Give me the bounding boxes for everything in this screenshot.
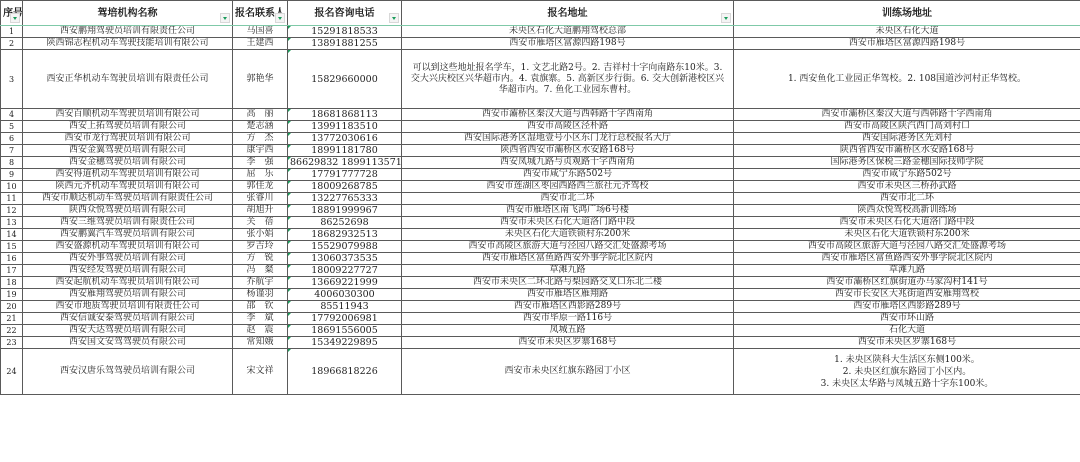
cell-phone[interactable]: 13227765333 xyxy=(288,193,402,205)
cell-training-address[interactable]: 西安市雁塔区富鱼路西安外事学院北区院内 xyxy=(734,253,1080,265)
cell-school-name[interactable]: 西安外事驾驶员培训有限公司 xyxy=(23,253,233,265)
cell-phone[interactable]: 13991183510 xyxy=(288,121,402,133)
cell-phone[interactable]: 13772030616 xyxy=(288,133,402,145)
cell-training-address[interactable]: 国际港务区保税三路金穗国际技师学院 xyxy=(734,157,1080,169)
cell-no[interactable]: 23 xyxy=(1,337,23,349)
table-row[interactable]: 19西安雁翔驾驶员培训有限公司杨谨羽4006030300西安市雁塔区雁翔路西安市… xyxy=(1,289,1080,301)
cell-phone[interactable]: 17792006981 xyxy=(288,313,402,325)
cell-signup-address[interactable]: 凤城五路 xyxy=(402,325,734,337)
training-address-line: 3. 未央区太华路与凤城五路十字东100米。 xyxy=(736,378,1078,390)
cell-phone[interactable]: 18991181780 xyxy=(288,145,402,157)
cell-training-address[interactable]: 未央区石化大道铁锁村东200米 xyxy=(734,229,1080,241)
cell-school-name[interactable]: 西安金穗驾驶员培训有限公司 xyxy=(23,157,233,169)
cell-contact[interactable]: 康宇西 xyxy=(233,145,288,157)
cell-training-address[interactable]: 未央区石化大道 xyxy=(734,26,1080,38)
cell-contact[interactable]: 王建西 xyxy=(233,38,288,50)
cell-signup-address[interactable]: 西安市高陵区泾朴路 xyxy=(402,121,734,133)
cell-phone[interactable]: 4006030300 xyxy=(288,289,402,301)
driving-school-table: 序号 驾培机构名称 报名联系人 报名咨询电话 报名地址 训练场地址 1西安鹏翔驾… xyxy=(0,0,1080,395)
cell-training-address[interactable]: 石化大道 xyxy=(734,325,1080,337)
table-row[interactable]: 2陕西锦志程机动车驾驶技能培训有限公司王建西13891881255西安市雁塔区富… xyxy=(1,38,1080,50)
cell-contact[interactable]: 张睿川 xyxy=(233,193,288,205)
cell-no[interactable]: 16 xyxy=(1,253,23,265)
cell-phone[interactable]: 13669221999 xyxy=(288,277,402,289)
cell-contact[interactable]: 胡旭升 xyxy=(233,205,288,217)
cell-no[interactable]: 18 xyxy=(1,277,23,289)
cell-training-address[interactable]: 西安市高陵区陕汽西门高刘村口 xyxy=(734,121,1080,133)
table-row[interactable]: 22西安天达驾驶员培训有限公司赵 震18691556005凤城五路石化大道 xyxy=(1,325,1080,337)
cell-phone[interactable]: 15349229895 xyxy=(288,337,402,349)
cell-training-address[interactable]: 陕西众悦驾校高新训练场 xyxy=(734,205,1080,217)
table-row[interactable]: 17西安经发驾驶员培训有限公司冯 粲18009227727草滩九路草滩九路 xyxy=(1,265,1080,277)
table-row[interactable]: 10陕西元齐机动车驾驶员培训有限公司郭佳龙18009268785西安市莲湖区枣园… xyxy=(1,181,1080,193)
cell-training-address[interactable]: 1. 西安鱼化工业园正华驾校。2. 108国道沙河村正华驾校。 xyxy=(734,50,1080,109)
table-row[interactable]: 11西安市顺达机动车驾驶员培训有限责任公司张睿川13227765333西安市北二… xyxy=(1,193,1080,205)
cell-contact[interactable]: 方 锐 xyxy=(233,253,288,265)
cell-school-name[interactable]: 陕西锦志程机动车驾驶技能培训有限公司 xyxy=(23,38,233,50)
cell-no[interactable]: 6 xyxy=(1,133,23,145)
header-phone: 报名咨询电话 xyxy=(288,1,402,26)
cell-signup-address[interactable]: 西安市雁塔区南飞鸿广场6号楼 xyxy=(402,205,734,217)
cell-training-address[interactable]: 西安市灞桥区红旗街道办马家沟村141号 xyxy=(734,277,1080,289)
cell-training-address[interactable]: 1. 未央区陕科大生活区东侧100米。2. 未央区红旗东路园丁小区内。3. 未央… xyxy=(734,349,1080,395)
filter-dropdown-icon[interactable] xyxy=(389,13,399,23)
cell-training-address[interactable]: 西安市咸宁东路502号 xyxy=(734,169,1080,181)
cell-school-name[interactable]: 西安得道机动车驾驶员培训有限公司 xyxy=(23,169,233,181)
table-row[interactable]: 4西安百顺机动车驾驶员培训有限公司高 丽18681868113西安市灞桥区秦汉大… xyxy=(1,109,1080,121)
table-row[interactable]: 9西安得道机动车驾驶员培训有限公司屈 乐17791777728西安市咸宁东路50… xyxy=(1,169,1080,181)
header-label: 训练场地址 xyxy=(882,8,932,19)
cell-school-name[interactable]: 西安经发驾驶员培训有限公司 xyxy=(23,265,233,277)
header-label: 驾培机构名称 xyxy=(98,8,158,19)
cell-signup-address[interactable]: 西安凤城九路与贞观路十字西南角 xyxy=(402,157,734,169)
filter-dropdown-icon[interactable] xyxy=(220,13,230,23)
cell-training-address[interactable]: 西安市雁塔区富源四路198号 xyxy=(734,38,1080,50)
cell-phone[interactable]: 86252698 xyxy=(288,217,402,229)
training-address-line: 2. 未央区红旗东路园丁小区内。 xyxy=(736,366,1078,378)
cell-signup-address[interactable]: 未央区石化大道铁锁村东200米 xyxy=(402,229,734,241)
cell-training-address[interactable]: 西安市未央区罗寨168号 xyxy=(734,337,1080,349)
cell-no[interactable]: 11 xyxy=(1,193,23,205)
cell-phone[interactable]: 18966818226 xyxy=(288,349,402,395)
table-row[interactable]: 20西安市地质驾驶员培训有限责任公司邵 钦85511943西安市雁塔区西影路28… xyxy=(1,301,1080,313)
cell-signup-address[interactable]: 西安市雁塔区雁翔路 xyxy=(402,289,734,301)
cell-phone[interactable]: 18009268785 xyxy=(288,181,402,193)
cell-phone[interactable]: 13891881255 xyxy=(288,38,402,50)
cell-no[interactable]: 1 xyxy=(1,26,23,38)
cell-signup-address[interactable]: 陕西省西安市灞桥区水安路168号 xyxy=(402,145,734,157)
cell-phone[interactable]: 86629832 18991135713 xyxy=(288,157,402,169)
cell-school-name[interactable]: 西安市地质驾驶员培训有限责任公司 xyxy=(23,301,233,313)
header-name: 驾培机构名称 xyxy=(23,1,233,26)
filter-dropdown-icon[interactable] xyxy=(10,13,20,23)
cell-no[interactable]: 20 xyxy=(1,301,23,313)
table-row[interactable]: 1西安鹏翔驾驶员培训有限责任公司马国喜15291818533未央区石化大道鹏翔驾… xyxy=(1,26,1080,38)
cell-training-address[interactable]: 西安市未央区三桥孙武路 xyxy=(734,181,1080,193)
header-label: 报名地址 xyxy=(548,8,588,19)
cell-school-name[interactable]: 西安市顺达机动车驾驶员培训有限责任公司 xyxy=(23,193,233,205)
cell-phone[interactable]: 15829660000 xyxy=(288,50,402,109)
table-row[interactable]: 5西安上拓驾驶员培训有限公司楚志涵13991183510西安市高陵区泾朴路西安市… xyxy=(1,121,1080,133)
cell-no[interactable]: 4 xyxy=(1,109,23,121)
cell-phone[interactable]: 18891999967 xyxy=(288,205,402,217)
cell-signup-address[interactable]: 西安市雁塔区富鱼路西安外事学院北区院内 xyxy=(402,253,734,265)
cell-school-name[interactable]: 西安起航机动车驾驶员培训有限公司 xyxy=(23,277,233,289)
cell-school-name[interactable]: 陕西众悦驾驶员培训有限公司 xyxy=(23,205,233,217)
cell-training-address[interactable]: 西安市北二环 xyxy=(734,193,1080,205)
cell-contact[interactable]: 郭佳龙 xyxy=(233,181,288,193)
cell-contact[interactable]: 李 斌 xyxy=(233,313,288,325)
cell-school-name[interactable]: 西安金翼驾驶员培训有限公司 xyxy=(23,145,233,157)
cell-school-name[interactable]: 西安国文安驾驾驶员有限公司 xyxy=(23,337,233,349)
table-row[interactable]: 13西安三维驾驶员培训有限责任公司关 蓓86252698西安市未央区石化大道洛门… xyxy=(1,217,1080,229)
cell-school-name[interactable]: 西安上拓驾驶员培训有限公司 xyxy=(23,121,233,133)
training-address-line: 1. 未央区陕科大生活区东侧100米。 xyxy=(736,354,1078,366)
header-row: 序号 驾培机构名称 报名联系人 报名咨询电话 报名地址 训练场地址 xyxy=(1,1,1080,26)
cell-signup-address[interactable]: 西安市未央区二环北路与梨园路交叉口东北二楼 xyxy=(402,277,734,289)
table-row[interactable]: 6西安市龙行驾驶员培训有限公司方 杰13772030616西安国际港务区湿地壹号… xyxy=(1,133,1080,145)
cell-school-name[interactable]: 西安正华机动车驾驶员培训有限责任公司 xyxy=(23,50,233,109)
cell-school-name[interactable]: 陕西元齐机动车驾驶员培训有限公司 xyxy=(23,181,233,193)
cell-phone[interactable]: 18009227727 xyxy=(288,265,402,277)
cell-training-address[interactable]: 西安市环山路 xyxy=(734,313,1080,325)
table-row[interactable]: 18西安起航机动车驾驶员培训有限公司乔航宇13669221999西安市未央区二环… xyxy=(1,277,1080,289)
cell-contact[interactable]: 邵 钦 xyxy=(233,301,288,313)
cell-signup-address[interactable]: 西安市未央区罗寨168号 xyxy=(402,337,734,349)
cell-contact[interactable]: 罗吉玲 xyxy=(233,241,288,253)
cell-school-name[interactable]: 西安汉唐乐驾驾驶员培训有限公司 xyxy=(23,349,233,395)
cell-school-name[interactable]: 西安鹏翔驾驶员培训有限责任公司 xyxy=(23,26,233,38)
cell-phone[interactable]: 18681868113 xyxy=(288,109,402,121)
header-no: 序号 xyxy=(1,1,23,26)
cell-no[interactable]: 12 xyxy=(1,205,23,217)
cell-signup-address[interactable]: 西安市未央区石化大道洛门路中段 xyxy=(402,217,734,229)
cell-signup-address[interactable]: 西安市北二环 xyxy=(402,193,734,205)
cell-school-name[interactable]: 西安三维驾驶员培训有限责任公司 xyxy=(23,217,233,229)
table-row[interactable]: 12陕西众悦驾驶员培训有限公司胡旭升18891999967西安市雁塔区南飞鸿广场… xyxy=(1,205,1080,217)
cell-contact[interactable]: 马国喜 xyxy=(233,26,288,38)
cell-phone[interactable]: 15529079988 xyxy=(288,241,402,253)
cell-contact[interactable]: 屈 乐 xyxy=(233,169,288,181)
cell-training-address[interactable]: 西安市雁塔区西影路289号 xyxy=(734,301,1080,313)
cell-contact[interactable]: 赵 震 xyxy=(233,325,288,337)
cell-no[interactable]: 10 xyxy=(1,181,23,193)
cell-no[interactable]: 19 xyxy=(1,289,23,301)
cell-training-address[interactable]: 陕西省西安市灞桥区水安路168号 xyxy=(734,145,1080,157)
cell-contact[interactable]: 高 丽 xyxy=(233,109,288,121)
cell-signup-address[interactable]: 西安国际港务区湿地壹号小区东门龙行总校报名大厅 xyxy=(402,133,734,145)
cell-training-address[interactable]: 西安市长安区大兆街道西安雁翔驾校 xyxy=(734,289,1080,301)
cell-no[interactable]: 13 xyxy=(1,217,23,229)
header-training-address: 训练场地址 xyxy=(734,1,1080,26)
cell-school-name[interactable]: 西安雁翔驾驶员培训有限公司 xyxy=(23,289,233,301)
cell-contact[interactable]: 宋文祥 xyxy=(233,349,288,395)
cell-phone[interactable]: 85511943 xyxy=(288,301,402,313)
filter-dropdown-icon[interactable] xyxy=(721,13,731,23)
cell-contact[interactable]: 张小娟 xyxy=(233,229,288,241)
table-row[interactable]: 15西安盛源机动车驾驶员培训有限公司罗吉玲15529079988西安市高陵区旅游… xyxy=(1,241,1080,253)
table-row[interactable]: 7西安金翼驾驶员培训有限公司康宇西18991181780陕西省西安市灞桥区水安路… xyxy=(1,145,1080,157)
cell-school-name[interactable]: 西安市龙行驾驶员培训有限公司 xyxy=(23,133,233,145)
cell-contact[interactable]: 关 蓓 xyxy=(233,217,288,229)
cell-contact[interactable]: 杨谨羽 xyxy=(233,289,288,301)
cell-school-name[interactable]: 西安百顺机动车驾驶员培训有限公司 xyxy=(23,109,233,121)
filter-dropdown-icon[interactable] xyxy=(275,13,285,23)
cell-signup-address[interactable]: 西安市莲湖区枣园西路西兰旅社元齐驾校 xyxy=(402,181,734,193)
cell-contact[interactable]: 郭艳华 xyxy=(233,50,288,109)
cell-signup-address[interactable]: 草滩九路 xyxy=(402,265,734,277)
cell-contact[interactable]: 方 杰 xyxy=(233,133,288,145)
cell-no[interactable]: 3 xyxy=(1,50,23,109)
table-row[interactable]: 16西安外事驾驶员培训有限公司方 锐13060373535西安市雁塔区富鱼路西安… xyxy=(1,253,1080,265)
cell-school-name[interactable]: 西安信诚安泰驾驶员培训有限公司 xyxy=(23,313,233,325)
table-body: 1西安鹏翔驾驶员培训有限责任公司马国喜15291818533未央区石化大道鹏翔驾… xyxy=(1,26,1080,395)
cell-signup-address[interactable]: 未央区石化大道鹏翔驾校总部 xyxy=(402,26,734,38)
cell-no[interactable]: 21 xyxy=(1,313,23,325)
cell-signup-address[interactable]: 西安市未央区红旗东路园丁小区 xyxy=(402,349,734,395)
cell-phone[interactable]: 17791777728 xyxy=(288,169,402,181)
cell-signup-address[interactable]: 西安市雁塔区西影路289号 xyxy=(402,301,734,313)
table-row[interactable]: 8西安金穗驾驶员培训有限公司李 强86629832 18991135713西安凤… xyxy=(1,157,1080,169)
cell-phone[interactable]: 18682932513 xyxy=(288,229,402,241)
cell-contact[interactable]: 乔航宇 xyxy=(233,277,288,289)
cell-contact[interactable]: 冯 粲 xyxy=(233,265,288,277)
cell-phone[interactable]: 13060373535 xyxy=(288,253,402,265)
cell-no[interactable]: 7 xyxy=(1,145,23,157)
cell-training-address[interactable]: 西安市高陵区旅游大道与泾园八路交汇处盛源考场 xyxy=(734,241,1080,253)
table-row[interactable]: 3西安正华机动车驾驶员培训有限责任公司郭艳华15829660000可以到这些地址… xyxy=(1,50,1080,109)
cell-contact[interactable]: 李 强 xyxy=(233,157,288,169)
cell-phone[interactable]: 18691556005 xyxy=(288,325,402,337)
table-row[interactable]: 23西安国文安驾驾驶员有限公司常知娥15349229895西安市未央区罗寨168… xyxy=(1,337,1080,349)
cell-no[interactable]: 15 xyxy=(1,241,23,253)
cell-no[interactable]: 9 xyxy=(1,169,23,181)
table-row[interactable]: 14西安鹏翼汽车驾驶员培训有限公司张小娟18682932513未央区石化大道铁锁… xyxy=(1,229,1080,241)
cell-contact[interactable]: 楚志涵 xyxy=(233,121,288,133)
cell-no[interactable]: 2 xyxy=(1,38,23,50)
cell-no[interactable]: 5 xyxy=(1,121,23,133)
cell-school-name[interactable]: 西安鹏翼汽车驾驶员培训有限公司 xyxy=(23,229,233,241)
header-signup-address: 报名地址 xyxy=(402,1,734,26)
cell-school-name[interactable]: 西安天达驾驶员培训有限公司 xyxy=(23,325,233,337)
cell-signup-address[interactable]: 西安市灞桥区秦汉大道与西韩路十字西南角 xyxy=(402,109,734,121)
header-contact: 报名联系人 xyxy=(233,1,288,26)
cell-training-address[interactable]: 西安市未央区石化大道洛门路中段 xyxy=(734,217,1080,229)
cell-no[interactable]: 17 xyxy=(1,265,23,277)
cell-no[interactable]: 22 xyxy=(1,325,23,337)
cell-signup-address[interactable]: 西安市毕原一路116号 xyxy=(402,313,734,325)
table-row[interactable]: 21西安信诚安泰驾驶员培训有限公司李 斌17792006981西安市毕原一路11… xyxy=(1,313,1080,325)
cell-signup-address[interactable]: 西安市雁塔区富源四路198号 xyxy=(402,38,734,50)
cell-school-name[interactable]: 西安盛源机动车驾驶员培训有限公司 xyxy=(23,241,233,253)
header-label: 报名咨询电话 xyxy=(315,8,375,19)
cell-no[interactable]: 24 xyxy=(1,349,23,395)
table-row[interactable]: 24西安汉唐乐驾驾驶员培训有限公司宋文祥18966818226西安市未央区红旗东… xyxy=(1,349,1080,395)
cell-signup-address[interactable]: 西安市高陵区旅游大道与泾园八路交汇处盛源考场 xyxy=(402,241,734,253)
cell-signup-address[interactable]: 可以到这些地址报名学车，1. 文艺北路2号。2. 吉祥村十字向南路东10米。3.… xyxy=(402,50,734,109)
cell-contact[interactable]: 常知娥 xyxy=(233,337,288,349)
cell-training-address[interactable]: 西安国际港务区先刘村 xyxy=(734,133,1080,145)
cell-signup-address[interactable]: 西安市咸宁东路502号 xyxy=(402,169,734,181)
cell-no[interactable]: 8 xyxy=(1,157,23,169)
cell-training-address[interactable]: 草滩九路 xyxy=(734,265,1080,277)
cell-phone[interactable]: 15291818533 xyxy=(288,26,402,38)
cell-no[interactable]: 14 xyxy=(1,229,23,241)
cell-training-address[interactable]: 西安市灞桥区秦汉大道与西韩路十字西南角 xyxy=(734,109,1080,121)
